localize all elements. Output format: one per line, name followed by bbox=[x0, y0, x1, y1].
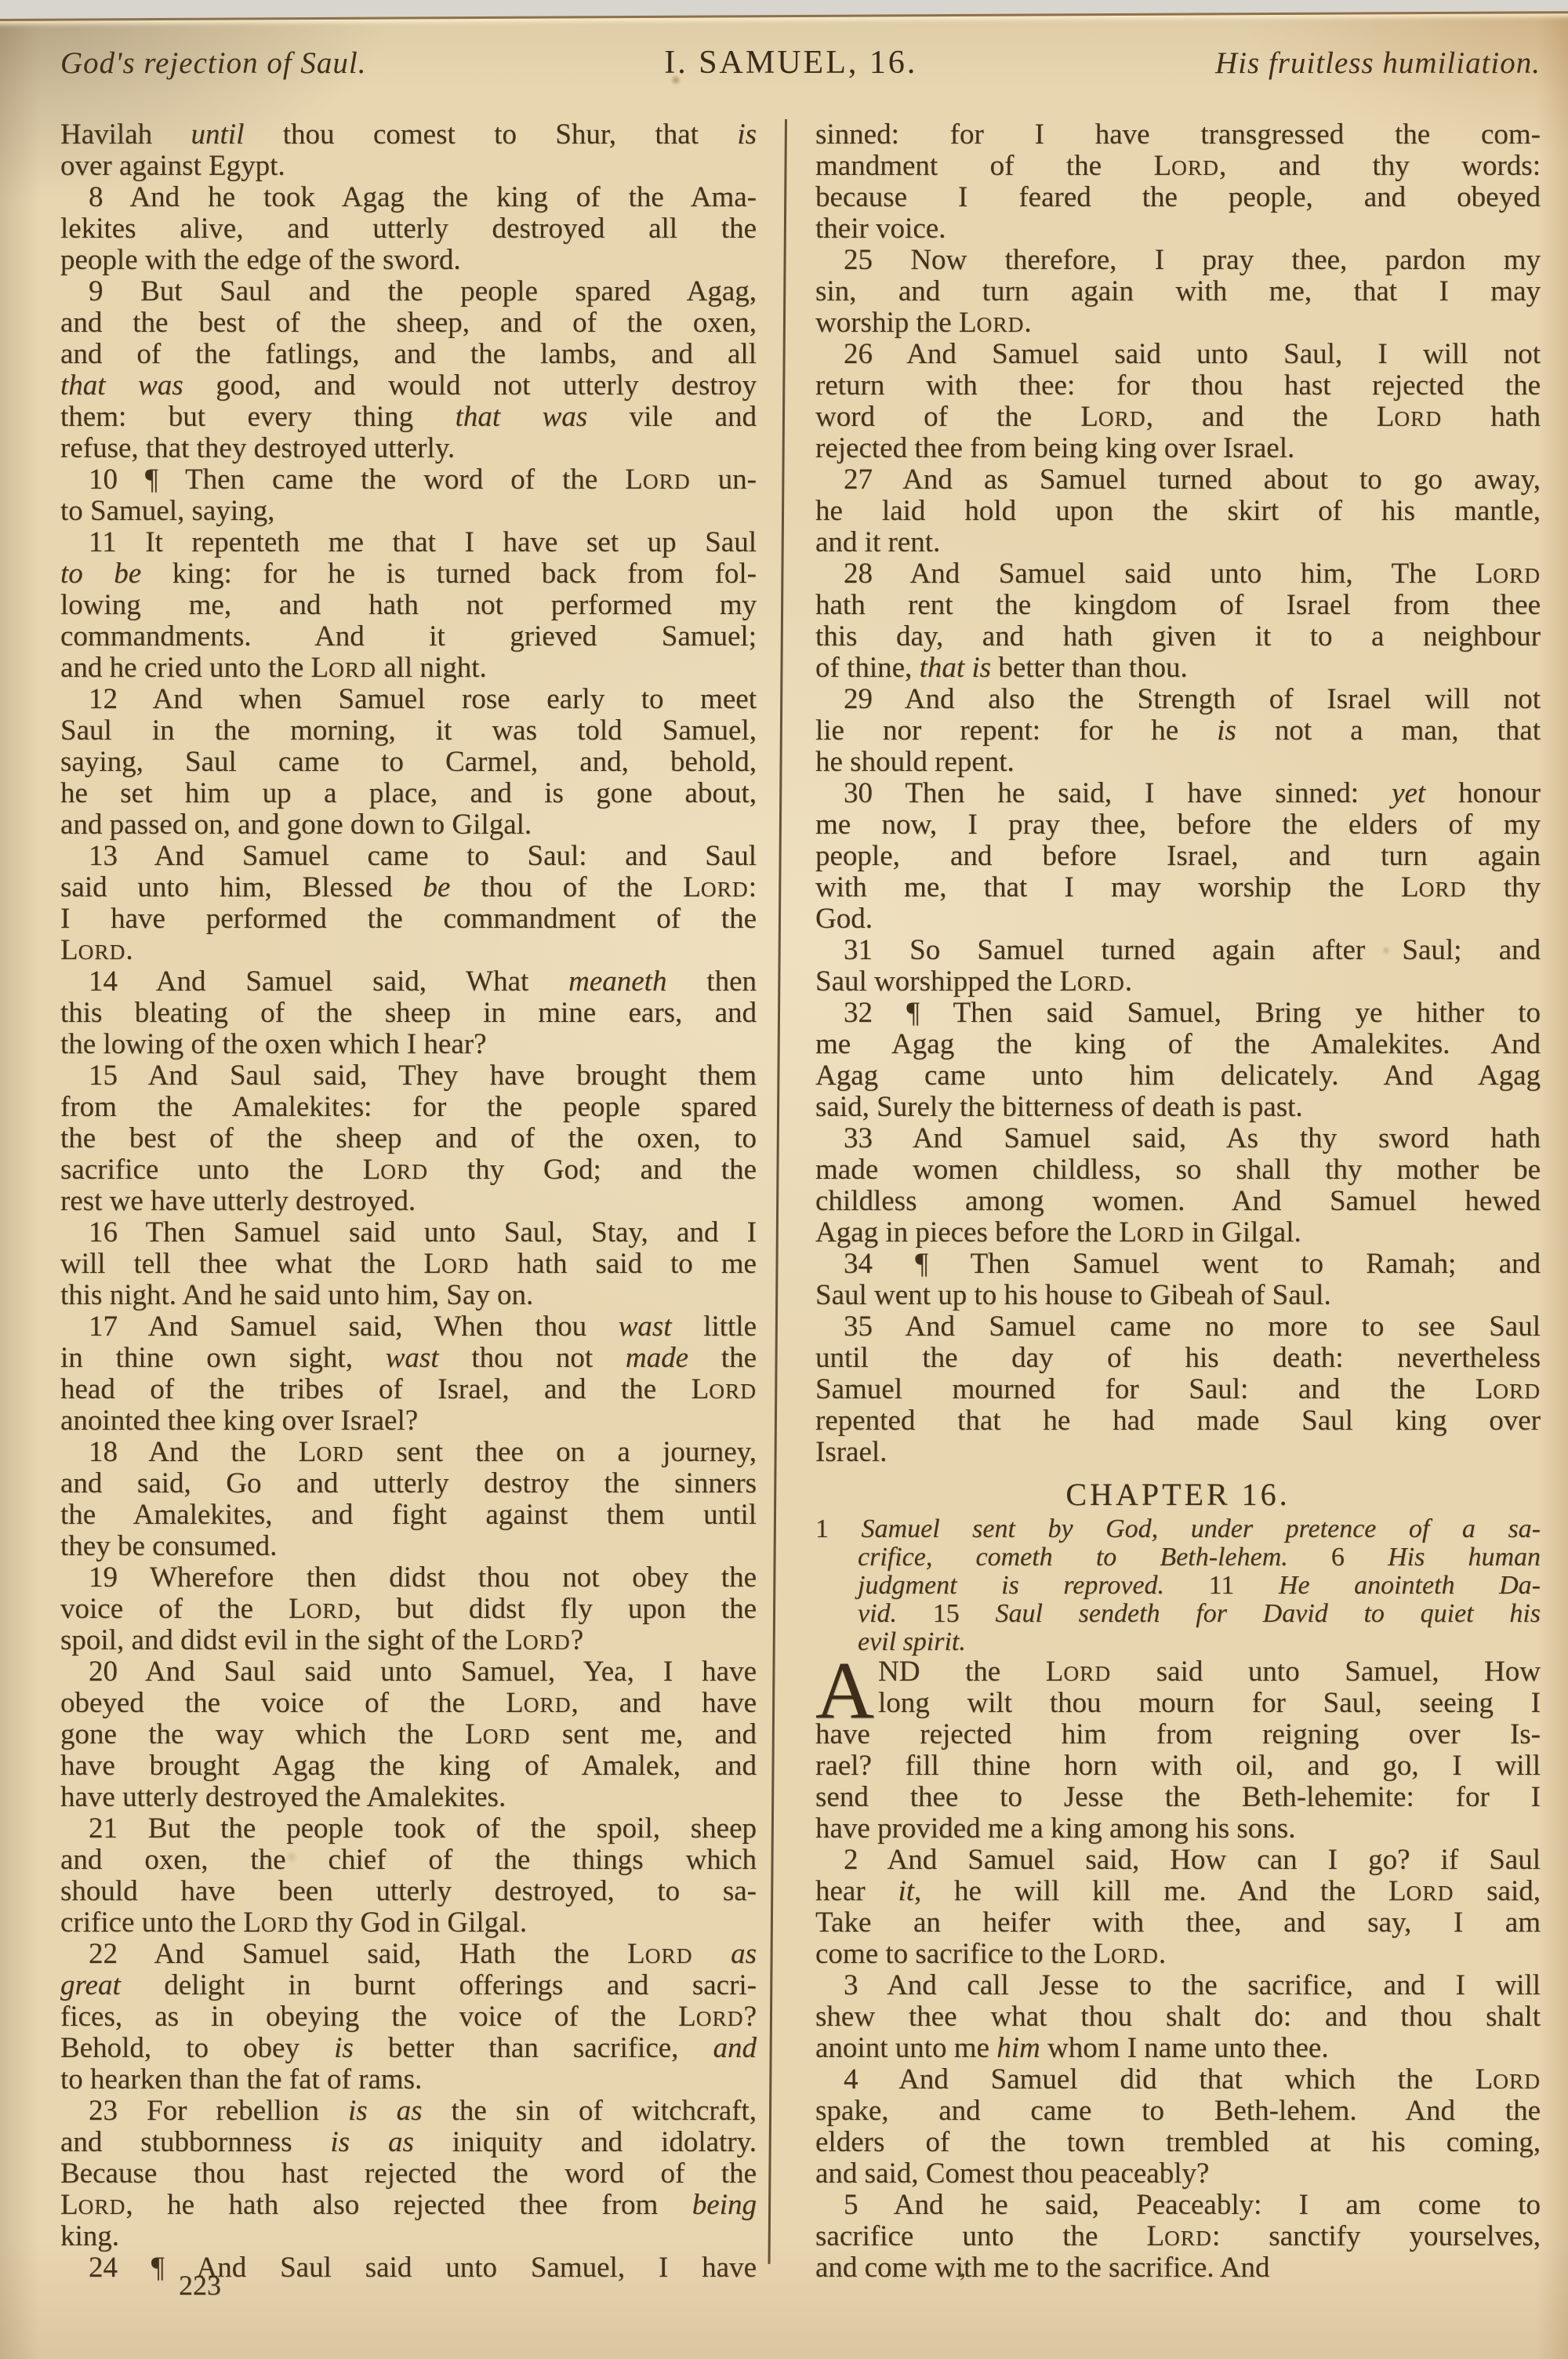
text-line: Take an heifer with thee, and say, I am bbox=[815, 1907, 1541, 1939]
text-line: voice of the LORD, but didst fly upon th… bbox=[60, 1594, 757, 1625]
italic-text: that was bbox=[456, 401, 588, 433]
lord-smallcaps: LORD bbox=[505, 1624, 570, 1656]
text-line: rael? fill thine horn with oil, and go, … bbox=[815, 1750, 1541, 1782]
text-line: over against Egypt. bbox=[60, 151, 757, 182]
text-line: 16 Then Samuel said unto Saul, Stay, and… bbox=[60, 1217, 757, 1249]
text-line: 28 And Samuel said unto him, The LORD bbox=[815, 558, 1541, 590]
text-line: with me, that I may worship the LORD thy bbox=[815, 872, 1541, 903]
text-line: to hearken than the fat of rams. bbox=[60, 2064, 757, 2095]
text-line: people, and before Israel, and turn agai… bbox=[815, 841, 1541, 872]
text-line: 31 So Samuel turned again after Saul; an… bbox=[815, 935, 1541, 966]
text-line: them: but every thing that was vile and bbox=[60, 402, 757, 433]
text-line: from the Amalekites: for the people spar… bbox=[60, 1092, 757, 1123]
text-line: said unto him, Blessed be thou of the LO… bbox=[60, 872, 757, 903]
italic-text: and bbox=[713, 2032, 757, 2064]
text-line: lowing me, and hath not performed my bbox=[60, 590, 757, 621]
left-column: Havilah until thou comest to Shur, that … bbox=[60, 119, 757, 2284]
text-line: will tell thee what the LORD hath said t… bbox=[60, 1249, 757, 1280]
text-line: 17 And Samuel said, When thou wast littl… bbox=[60, 1311, 757, 1343]
text-line: in thine own sight, wast thou not made t… bbox=[60, 1343, 757, 1374]
text-line: Saul worshipped the LORD. bbox=[815, 966, 1541, 998]
text-line: rest we have utterly destroyed. bbox=[60, 1186, 757, 1217]
italic-text: yet bbox=[1392, 777, 1425, 809]
lord-smallcaps: LORD bbox=[60, 934, 125, 966]
lord-smallcaps: LORD bbox=[311, 652, 376, 684]
text-line: me now, I pray thee, before the elders o… bbox=[815, 809, 1541, 841]
text-line: because I feared the people, and obeyed bbox=[815, 182, 1541, 213]
chapter-one-text-block: A ND the LORD said unto Samuel, Howlong … bbox=[815, 1656, 1541, 2284]
text-line: until the day of his death: nevertheless bbox=[815, 1343, 1541, 1374]
text-line: the Amalekites, and fight against them u… bbox=[60, 1499, 757, 1531]
text-line: 26 And Samuel said unto Saul, I will not bbox=[815, 339, 1541, 370]
text-line: the lowing of the oxen which I hear? bbox=[60, 1029, 757, 1060]
text-line: long wilt thou mourn for Saul, seeing I bbox=[815, 1688, 1541, 1719]
text-line: Saul went up to his house to Gibeah of S… bbox=[815, 1280, 1541, 1311]
text-line: of thine, that is better than thou. bbox=[815, 652, 1541, 684]
lord-smallcaps: LORD bbox=[1388, 1875, 1454, 1907]
text-line: and stubbornness is as iniquity and idol… bbox=[60, 2127, 757, 2158]
text-line: send thee to Jesse the Beth-lehemite: fo… bbox=[815, 1782, 1541, 1813]
text-line: Israel. bbox=[815, 1437, 1541, 1468]
text-line: 23 For rebellion is as the sin of witchc… bbox=[60, 2095, 757, 2127]
header-book-title: I. SAMUEL, 16. bbox=[664, 44, 917, 82]
text-line: 10 ¶ Then came the word of the LORD un- bbox=[60, 464, 757, 496]
text-line: hath rent the kingdom of Israel from the… bbox=[815, 590, 1541, 621]
text-line: return with thee: for thou hast rejected… bbox=[815, 370, 1541, 402]
lord-smallcaps: LORD bbox=[678, 2001, 743, 2033]
lord-smallcaps: LORD bbox=[1080, 401, 1145, 433]
right-column: sinned: for I have transgressed the com-… bbox=[815, 119, 1541, 2284]
text-line: spake, and came to Beth-lehem. And the bbox=[815, 2095, 1541, 2127]
text-line: and oxen, the chief of the things which bbox=[60, 1845, 757, 1876]
italic-text: is bbox=[737, 118, 757, 151]
lord-smallcaps: LORD bbox=[60, 2189, 125, 2221]
lord-smallcaps: LORD bbox=[506, 1687, 571, 1719]
text-line: Havilah until thou comest to Shur, that … bbox=[60, 119, 757, 151]
text-line: I have performed the commandment of the bbox=[60, 903, 757, 935]
italic-text: as bbox=[731, 1938, 757, 1970]
text-line: 5 And he said, Peaceably: I am come to bbox=[815, 2190, 1541, 2221]
text-line: 2 And Samuel said, How can I go? if Saul bbox=[815, 1845, 1541, 1876]
chapter-summary: 1 Samuel sent by God, under pretence of … bbox=[815, 1515, 1541, 1656]
text-line: obeyed the voice of the LORD, and have bbox=[60, 1688, 757, 1719]
text-line: 27 And as Samuel turned about to go away… bbox=[815, 464, 1541, 496]
italic-text: wast bbox=[619, 1310, 672, 1343]
text-line: crifice, cometh to Beth-lehem. 6 His hum… bbox=[815, 1543, 1541, 1572]
text-line: they be consumed. bbox=[60, 1531, 757, 1562]
text-line: and said, Comest thou peaceably? bbox=[815, 2158, 1541, 2190]
text-line: should have been utterly destroyed, to s… bbox=[60, 1876, 757, 1907]
text-line: 25 Now therefore, I pray thee, pardon my bbox=[815, 245, 1541, 276]
header-right-running-title: His fruitless humiliation. bbox=[1215, 45, 1541, 81]
text-line: have provided me a king among his sons. bbox=[815, 1813, 1541, 1845]
scanned-bible-page: God's rejection of Saul. I. SAMUEL, 16. … bbox=[0, 0, 1568, 2359]
italic-text: until bbox=[191, 118, 245, 151]
italic-text: meaneth bbox=[568, 965, 666, 998]
text-line: and he cried unto the LORD all night. bbox=[60, 652, 757, 684]
italic-text: made bbox=[626, 1342, 688, 1374]
lord-smallcaps: LORD bbox=[1046, 1656, 1111, 1688]
chapter-heading: CHAPTER 16. bbox=[815, 1471, 1541, 1515]
text-line: lie nor repent: for he is not a man, tha… bbox=[815, 715, 1541, 747]
italic-text: is as bbox=[348, 2095, 423, 2127]
italic-text: His human bbox=[1388, 1543, 1541, 1572]
text-line: come to sacrifice to the LORD. bbox=[815, 1939, 1541, 1970]
text-line: sinned: for I have transgressed the com- bbox=[815, 119, 1541, 151]
lord-smallcaps: LORD bbox=[465, 1718, 530, 1750]
text-line: the best of the sheep and of the oxen, t… bbox=[60, 1123, 757, 1154]
italic-text: crifice, cometh to Beth-lehem. bbox=[858, 1543, 1288, 1572]
lord-smallcaps: LORD bbox=[423, 1248, 488, 1280]
italic-text: that was bbox=[60, 369, 183, 402]
text-line: Saul in the morning, it was told Samuel, bbox=[60, 715, 757, 747]
italic-text: being bbox=[692, 2189, 757, 2221]
text-line: crifice unto the LORD thy God in Gilgal. bbox=[60, 1907, 757, 1939]
text-line: 30 Then he said, I have sinned: yet hono… bbox=[815, 778, 1541, 809]
text-line: 9 But Saul and the people spared Agag, bbox=[60, 276, 757, 307]
text-line: 21 But the people took of the spoil, she… bbox=[60, 1813, 757, 1845]
text-line: gone the way which the LORD sent me, and bbox=[60, 1719, 757, 1750]
text-line: 22 And Samuel said, Hath the LORD as bbox=[60, 1939, 757, 1970]
lord-smallcaps: LORD bbox=[1147, 2220, 1212, 2252]
lord-smallcaps: LORD bbox=[627, 1938, 692, 1970]
italic-text: wast bbox=[386, 1342, 439, 1374]
text-line: anoint unto me him whom I name unto thee… bbox=[815, 2033, 1541, 2064]
text-line: worship the LORD. bbox=[815, 307, 1541, 339]
italic-text: to be bbox=[60, 558, 141, 590]
verse-text-block: sinned: for I have transgressed the com-… bbox=[815, 119, 1541, 1468]
lord-smallcaps: LORD bbox=[1059, 965, 1124, 998]
italic-text: great bbox=[60, 1969, 121, 2001]
text-line: spoil, and didst evil in the sight of th… bbox=[60, 1625, 757, 1656]
text-line: hear it, he will kill me. And the LORD s… bbox=[815, 1876, 1541, 1907]
text-line: have utterly destroyed the Amalekites. bbox=[60, 1782, 757, 1813]
text-line: and come with me to the sacrifice. And bbox=[815, 2252, 1541, 2284]
text-line: 34 ¶ Then Samuel went to Ramah; and bbox=[815, 1249, 1541, 1280]
text-line: repented that he had made Saul king over bbox=[815, 1405, 1541, 1437]
text-line: their voice. bbox=[815, 213, 1541, 245]
lord-smallcaps: LORD bbox=[1119, 1216, 1184, 1249]
italic-text: is bbox=[1217, 714, 1236, 747]
italic-text: Saul sendeth for David to quiet his bbox=[996, 1599, 1541, 1628]
chapter-dropcap: A bbox=[815, 1659, 874, 1722]
text-line: 18 And the LORD sent thee on a journey, bbox=[60, 1437, 757, 1468]
header-left-running-title: God's rejection of Saul. bbox=[60, 45, 367, 81]
italic-text: be bbox=[423, 871, 450, 903]
text-line: word of the LORD, and the LORD hath bbox=[815, 402, 1541, 433]
text-line: anointed thee king over Israel? bbox=[60, 1405, 757, 1437]
lord-smallcaps: LORD bbox=[1475, 2063, 1541, 2095]
text-line: fices, as in obeying the voice of the LO… bbox=[60, 2001, 757, 2033]
italic-text: that is bbox=[920, 652, 992, 684]
text-line: to be king: for he is turned back from f… bbox=[60, 558, 757, 590]
text-line: Agag came unto him delicately. And Agag bbox=[815, 1060, 1541, 1092]
text-line: this bleating of the sheep in mine ears,… bbox=[60, 998, 757, 1029]
text-line: he should repent. bbox=[815, 747, 1541, 778]
italic-text: is as bbox=[330, 2126, 413, 2158]
text-line: 1 Samuel sent by God, under pretence of … bbox=[815, 1515, 1541, 1543]
text-line: sacrifice unto the LORD: sanctify yourse… bbox=[815, 2221, 1541, 2252]
text-line: 8 And he took Agag the king of the Ama- bbox=[60, 182, 757, 213]
lord-smallcaps: LORD bbox=[289, 1593, 354, 1625]
text-line: 35 And Samuel came no more to see Saul bbox=[815, 1311, 1541, 1343]
lord-smallcaps: LORD bbox=[243, 1906, 308, 1939]
running-header: God's rejection of Saul. I. SAMUEL, 16. … bbox=[60, 44, 1541, 82]
text-line: vid. 15 Saul sendeth for David to quiet … bbox=[815, 1600, 1541, 1628]
text-line: commandments. And it grieved Samuel; bbox=[60, 621, 757, 652]
lord-smallcaps: LORD bbox=[1154, 150, 1219, 182]
text-line: and said, Go and utterly destroy the sin… bbox=[60, 1468, 757, 1499]
text-line: 11 It repenteth me that I have set up Sa… bbox=[60, 527, 757, 558]
text-line: LORD, he hath also rejected thee from be… bbox=[60, 2190, 757, 2221]
italic-text: is bbox=[334, 2032, 354, 2064]
text-line: saying, Saul came to Carmel, and, behold… bbox=[60, 747, 757, 778]
text-line: he set him up a place, and is gone about… bbox=[60, 778, 757, 809]
lord-smallcaps: LORD bbox=[299, 1436, 364, 1468]
lord-smallcaps: LORD bbox=[625, 463, 690, 496]
text-line: 15 And Saul said, They have brought them bbox=[60, 1060, 757, 1092]
text-line: 20 And Saul said unto Samuel, Yea, I hav… bbox=[60, 1656, 757, 1688]
ink-speck: ’ bbox=[958, 2268, 967, 2298]
text-line: this night. And he said unto him, Say on… bbox=[60, 1280, 757, 1311]
text-line: Agag in pieces before the LORD in Gilgal… bbox=[815, 1217, 1541, 1249]
lord-smallcaps: LORD bbox=[683, 871, 748, 903]
italic-text: Samuel sent by God, under pretence of a … bbox=[862, 1514, 1541, 1543]
text-line: rejected thee from being king over Israe… bbox=[815, 433, 1541, 464]
lord-smallcaps: LORD bbox=[691, 1373, 757, 1405]
lord-smallcaps: LORD bbox=[1475, 558, 1541, 590]
lord-smallcaps: LORD bbox=[1377, 401, 1442, 433]
text-line: sin, and turn again with me, that I may bbox=[815, 276, 1541, 307]
text-line: lekites alive, and utterly destroyed all… bbox=[60, 213, 757, 245]
text-line: 12 And when Samuel rose early to meet bbox=[60, 684, 757, 715]
text-line: refuse, that they destroyed utterly. bbox=[60, 433, 757, 464]
text-line: and of the fatlings, and the lambs, and … bbox=[60, 339, 757, 370]
text-line: me Agag the king of the Amalekites. And bbox=[815, 1029, 1541, 1060]
text-line: 4 And Samuel did that which the LORD bbox=[815, 2064, 1541, 2095]
italic-text: it bbox=[898, 1875, 914, 1907]
text-line: childless among women. And Samuel hewed bbox=[815, 1186, 1541, 1217]
text-line: and the best of the sheep, and of the ox… bbox=[60, 307, 757, 339]
text-line: shew thee what thou shalt do: and thou s… bbox=[815, 2001, 1541, 2033]
lord-smallcaps: LORD bbox=[1093, 1938, 1158, 1970]
text-line: Samuel mourned for Saul: and the LORD bbox=[815, 1374, 1541, 1405]
text-line: 19 Wherefore then didst thou not obey th… bbox=[60, 1562, 757, 1594]
page-number: 223 bbox=[137, 2269, 263, 2302]
text-line: elders of the town trembled at his comin… bbox=[815, 2127, 1541, 2158]
text-line: 32 ¶ Then said Samuel, Bring ye hither t… bbox=[815, 998, 1541, 1029]
text-line: ND the LORD said unto Samuel, How bbox=[815, 1656, 1541, 1688]
text-line: judgment is reproved. 11 He anointeth Da… bbox=[815, 1572, 1541, 1600]
lord-smallcaps: LORD bbox=[959, 307, 1024, 339]
column-divider-rule bbox=[768, 119, 787, 2264]
text-line: 33 And Samuel said, As thy sword hath bbox=[815, 1123, 1541, 1154]
text-line: and it rent. bbox=[815, 527, 1541, 558]
text-line: Behold, to obey is better than sacrifice… bbox=[60, 2033, 757, 2064]
text-line: mandment of the LORD, and thy words: bbox=[815, 151, 1541, 182]
italic-text: him bbox=[996, 2032, 1040, 2064]
text-line: king. bbox=[60, 2221, 757, 2252]
text-line: great delight in burnt offerings and sac… bbox=[60, 1970, 757, 2001]
text-line: LORD. bbox=[60, 935, 757, 966]
text-line: 14 And Samuel said, What meaneth then bbox=[60, 966, 757, 998]
text-line: and passed on, and gone down to Gilgal. bbox=[60, 809, 757, 841]
text-line: have rejected him from reigning over Is- bbox=[815, 1719, 1541, 1750]
italic-text: vid. bbox=[858, 1599, 897, 1628]
text-line: Because thou hast rejected the word of t… bbox=[60, 2158, 757, 2190]
italic-text: He anointeth Da- bbox=[1279, 1571, 1541, 1600]
text-line: to Samuel, saying, bbox=[60, 496, 757, 527]
text-line: made women childless, so shall thy mothe… bbox=[815, 1154, 1541, 1186]
text-line: 3 And call Jesse to the sacrifice, and I… bbox=[815, 1970, 1541, 2001]
chapter-one-lines: ND the LORD said unto Samuel, Howlong wi… bbox=[815, 1656, 1541, 2284]
lord-smallcaps: LORD bbox=[1401, 871, 1466, 903]
text-line: said, Surely the bitterness of death is … bbox=[815, 1092, 1541, 1123]
text-line: 13 And Samuel came to Saul: and Saul bbox=[60, 841, 757, 872]
text-line: 29 And also the Strength of Israel will … bbox=[815, 684, 1541, 715]
text-line: sacrifice unto the LORD thy God; and the bbox=[60, 1154, 757, 1186]
text-line: evil spirit. bbox=[815, 1628, 1541, 1656]
page-top-edge bbox=[0, 0, 1568, 21]
text-line: that was good, and would not utterly des… bbox=[60, 370, 757, 402]
text-line: have brought Agag the king of Amalek, an… bbox=[60, 1750, 757, 1782]
lord-smallcaps: LORD bbox=[1475, 1373, 1541, 1405]
text-line: people with the edge of the sword. bbox=[60, 245, 757, 276]
text-line: this day, and hath given it to a neighbo… bbox=[815, 621, 1541, 652]
text-line: head of the tribes of Israel, and the LO… bbox=[60, 1374, 757, 1405]
text-line: God. bbox=[815, 903, 1541, 935]
italic-text: judgment is reproved. bbox=[858, 1571, 1164, 1600]
lord-smallcaps: LORD bbox=[363, 1154, 428, 1186]
text-line: he laid hold upon the skirt of his mantl… bbox=[815, 496, 1541, 527]
